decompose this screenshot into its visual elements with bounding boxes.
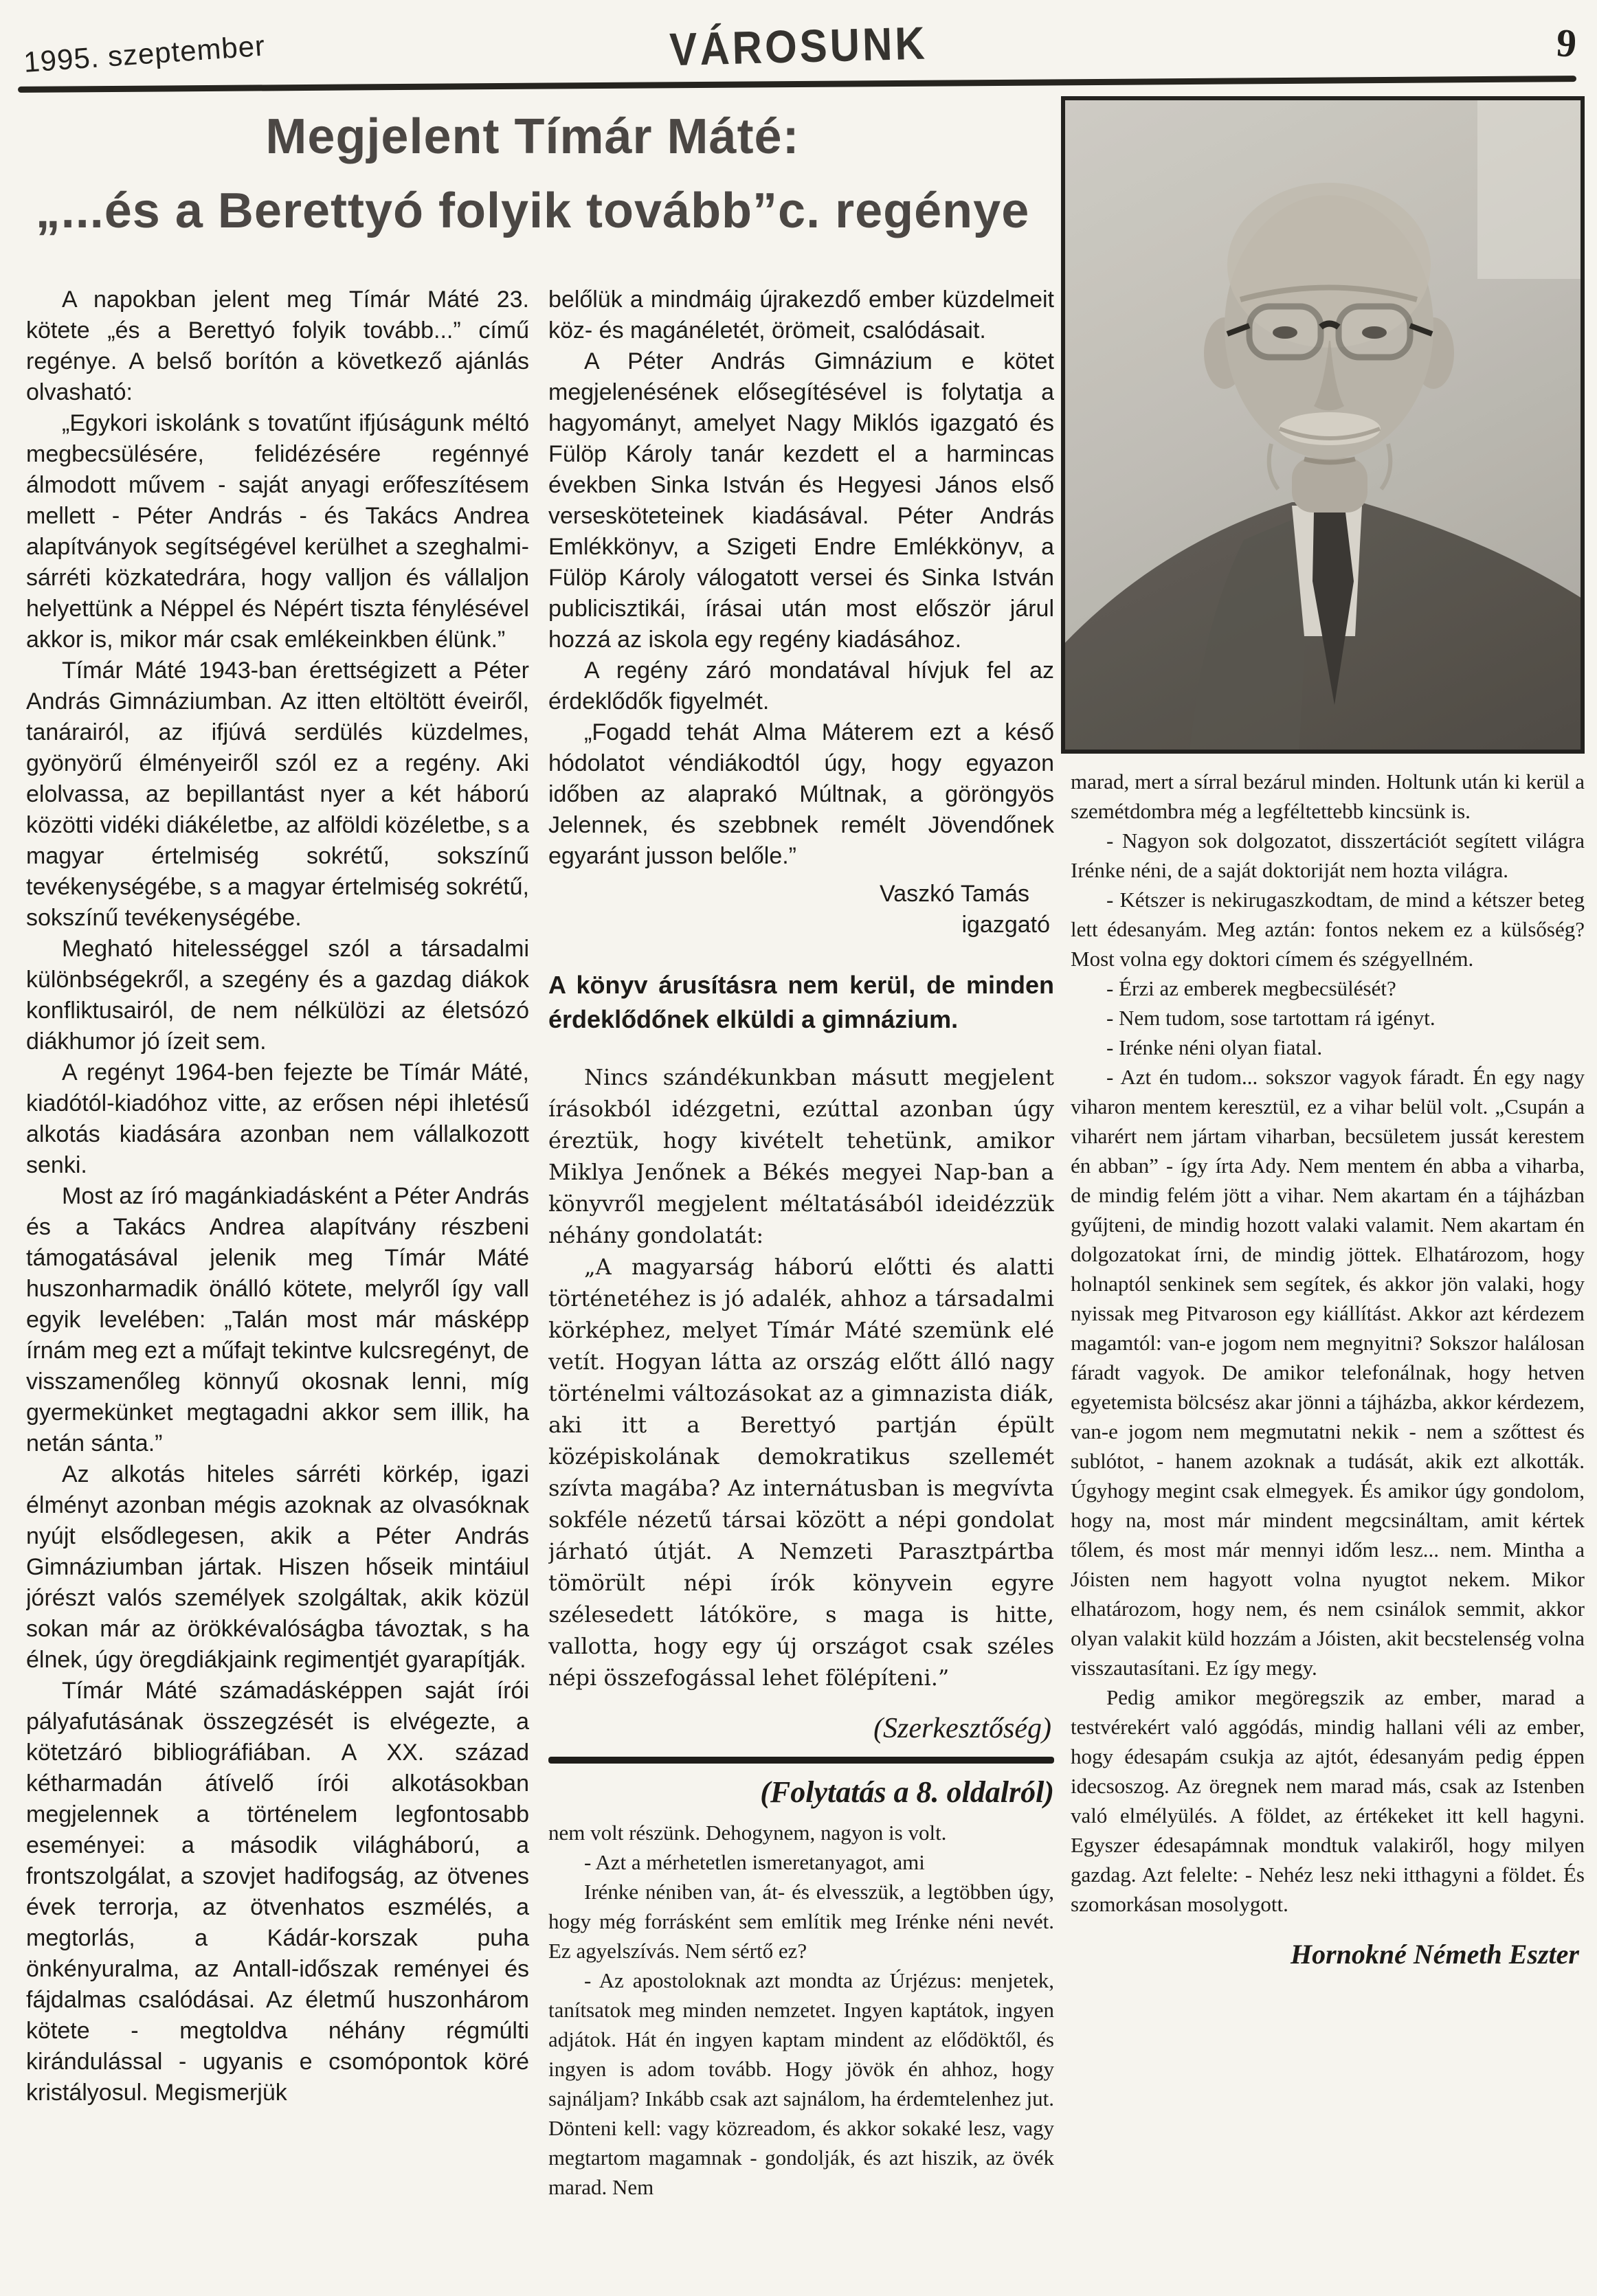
paragraph: Pedig amikor megöregszik az ember, marad… [1071,1682,1585,1919]
portrait-photo-drawing [1065,100,1581,750]
paragraph: (Szerkesztőség) [548,1711,1054,1746]
paragraph: igazgató [548,910,1054,941]
paragraph: - Azt én tudom... sokszor vagyok fáradt.… [1071,1062,1585,1682]
paragraph: Vaszkó Tamás [548,879,1054,910]
article-title: Megjelent Tímár Máté: „...és a Berettyó … [27,109,1038,239]
paragraph: A könyv árusításra nem kerül, de minden … [548,968,1054,1037]
paragraph: Hornokné Németh Eszter [1071,1939,1585,1969]
paragraph: A Péter András Gimnázium e kötet megjele… [548,346,1054,655]
paragraph: „Egykori iskolánk s tovatűnt ifjúságunk … [26,408,529,655]
paragraph: - Nagyon sok dolgozatot, disszertációt s… [1071,826,1585,885]
paragraph: - Kétszer is nekirugaszkodtam, de mind a… [1071,885,1585,973]
paragraph: (Folytatás a 8. oldalról) [548,1773,1054,1811]
paragraph: „A magyarság háború előtti és alatti tör… [548,1251,1054,1693]
paragraph: Az alkotás hiteles sárréti körkép, igazi… [26,1459,529,1676]
paragraph: - Nem tudom, sose tartottam rá igényt. [1071,1003,1585,1033]
paragraph: Nincs szándékunkban másutt megjelent írá… [548,1061,1054,1251]
paragraph: Irénke néniben van, át- és elvesszük, a … [548,1877,1054,1966]
paragraph: Tímár Máté 1943-ban érettségizett a Péte… [26,655,529,934]
paragraph: Megható hitelességgel szól a társadalmi … [26,934,529,1057]
paragraph: A regény záró mondatával hívjuk fel az é… [548,655,1054,717]
paragraph: Most az író magánkiadásként a Péter Andr… [26,1181,529,1459]
article-title-line2: „...és a Berettyó folyik tovább”c. regén… [27,183,1038,239]
paragraph: marad, mert a sírral bezárul minden. Hol… [1071,767,1585,826]
column-2: belőlük a mindmáig újrakezdő ember küzde… [548,284,1054,2291]
section-divider [548,1757,1054,1764]
paragraph: nem volt részünk. Dehogynem, nagyon is v… [548,1818,1054,1847]
paragraph: belőlük a mindmáig újrakezdő ember küzde… [548,284,1054,346]
column-3: marad, mert a sírral bezárul minden. Hol… [1071,767,1585,2264]
column-1: A napokban jelent meg Tímár Máté 23. köt… [26,284,529,2284]
paragraph: Tímár Máté számadásképpen saját írói pál… [26,1676,529,2108]
page-number: 9 [1555,23,1578,64]
paragraph: „Fogadd tehát Alma Máterem ezt a késő hó… [548,717,1054,872]
paragraph: - Az apostoloknak azt mondta az Úrjézus:… [548,1966,1054,2202]
portrait-photo [1061,96,1585,754]
paragraph: - Azt a mérhetetlen ismeretanyagot, ami [548,1847,1054,1877]
paragraph: - Érzi az emberek megbecsülését? [1071,973,1585,1003]
newspaper-page: 1995. szeptember VÁROSUNK 9 Megjelent Tí… [0,0,1597,2296]
article-title-line1: Megjelent Tímár Máté: [27,109,1038,165]
paragraph: A regényt 1964-ben fejezte be Tímár Máté… [26,1057,529,1181]
paragraph: - Irénke néni olyan fiatal. [1071,1033,1585,1062]
paragraph: A napokban jelent meg Tímár Máté 23. köt… [26,284,529,408]
